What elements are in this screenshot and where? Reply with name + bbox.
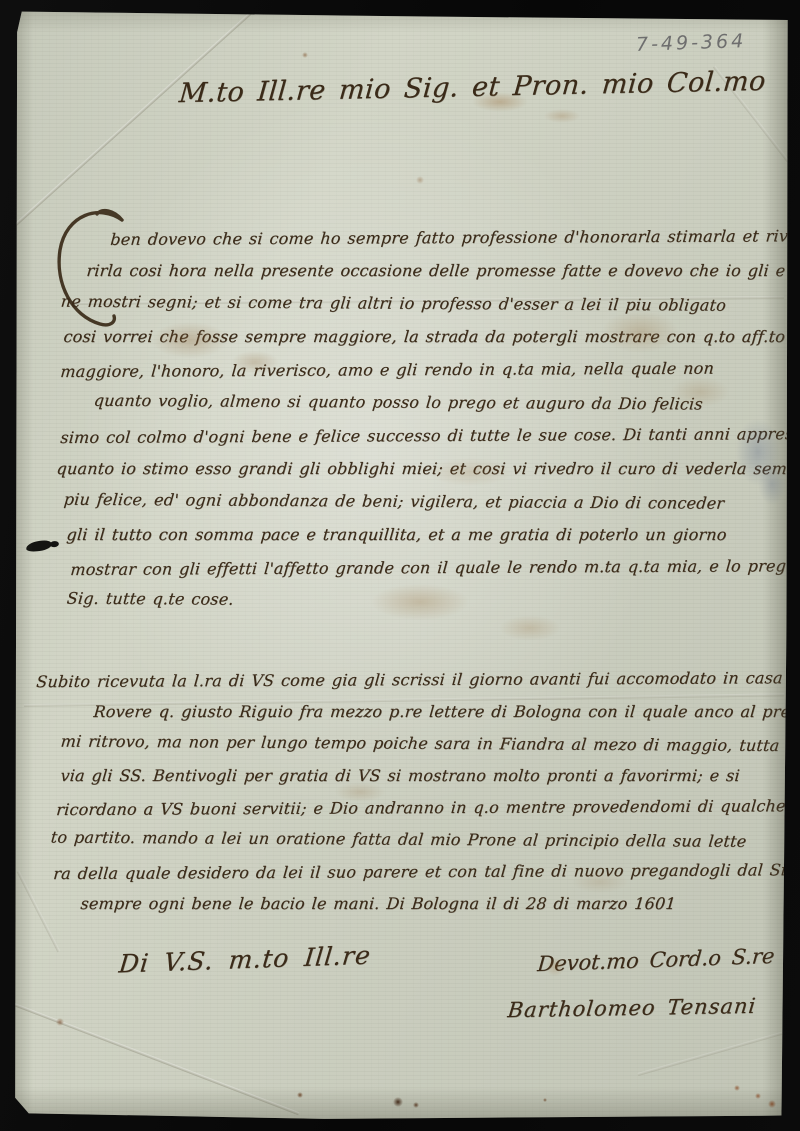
paragraph-1: ben dovevo che si come ho sempre fatto p… bbox=[14, 228, 800, 624]
manuscript-line: rirla cosi hora nella presente occasione… bbox=[85, 261, 800, 294]
salutation: M.to Ill.re mio Sig. et Pron. mio Col.mo bbox=[178, 66, 767, 109]
manuscript-line: mi ritrovo, ma non per lungo tempo poich… bbox=[59, 732, 800, 769]
manuscript-line: ne mostri segni; et si come tra gli altr… bbox=[59, 292, 800, 330]
closing-block: Devot.mo Cord.o S.re Bartholomeo Tensani bbox=[482, 948, 782, 1020]
manuscript-line: ben dovevo che si come ho sempre fatto p… bbox=[108, 226, 800, 263]
manuscript-line: via gli SS. Bentivogli per gratia di VS … bbox=[59, 766, 800, 798]
manuscript-line: Subito ricevuta la l.ra di VS come gia g… bbox=[35, 668, 800, 704]
manuscript-line: mostrar con gli effetti l'affetto grande… bbox=[68, 556, 800, 593]
crease-diagonal-bottom-left bbox=[13, 1003, 299, 1115]
manuscript-line: Sig. tutte q.te cose. bbox=[65, 589, 800, 627]
archival-number: 7-49-364 bbox=[636, 30, 747, 56]
valediction: Devot.mo Cord.o S.re bbox=[529, 944, 783, 977]
manuscript-line: gli il tutto con somma pace e tranquilli… bbox=[65, 525, 800, 558]
manuscript-paper: 7-49-364 M.to Ill.re mio Sig. et Pron. m… bbox=[14, 10, 790, 1120]
manuscript-line: piu felice, ed' ogni abbondanza de beni;… bbox=[62, 490, 800, 528]
crease-bottom-right bbox=[638, 1032, 783, 1076]
manuscript-line: ricordano a VS buoni servitii; e Dio and… bbox=[55, 796, 800, 832]
manuscript-line: maggiore, l'honoro, la riverisco, amo e … bbox=[58, 358, 800, 395]
manuscript-line: quanto voglio, almeno si quanto posso lo… bbox=[92, 391, 800, 428]
closing-addressee: Di V.S. m.to Ill.re bbox=[118, 941, 373, 979]
manuscript-line: quanto io stimo esso grandi gli obblighi… bbox=[55, 459, 800, 492]
paragraph-2: Subito ricevuta la l.ra di VS come gia g… bbox=[14, 670, 800, 926]
manuscript-line: simo col colmo d'ogni bene e felice succ… bbox=[58, 424, 800, 461]
manuscript-line: Rovere q. giusto Riguio fra mezzo p.re l… bbox=[92, 702, 800, 734]
manuscript-line: ra della quale desidero da lei il suo pa… bbox=[52, 860, 800, 896]
crease-diagonal-top-left bbox=[15, 11, 253, 226]
photo-background: 7-49-364 M.to Ill.re mio Sig. et Pron. m… bbox=[0, 0, 800, 1131]
signature: Bartholomeo Tensani bbox=[481, 993, 783, 1022]
manuscript-line: sempre ogni bene le bacio le mani. Di Bo… bbox=[79, 894, 800, 926]
manuscript-line: to partito. mando a lei un oratione fatt… bbox=[49, 828, 800, 865]
manuscript-line: cosi vorrei che fosse sempre maggiore, l… bbox=[62, 327, 800, 360]
